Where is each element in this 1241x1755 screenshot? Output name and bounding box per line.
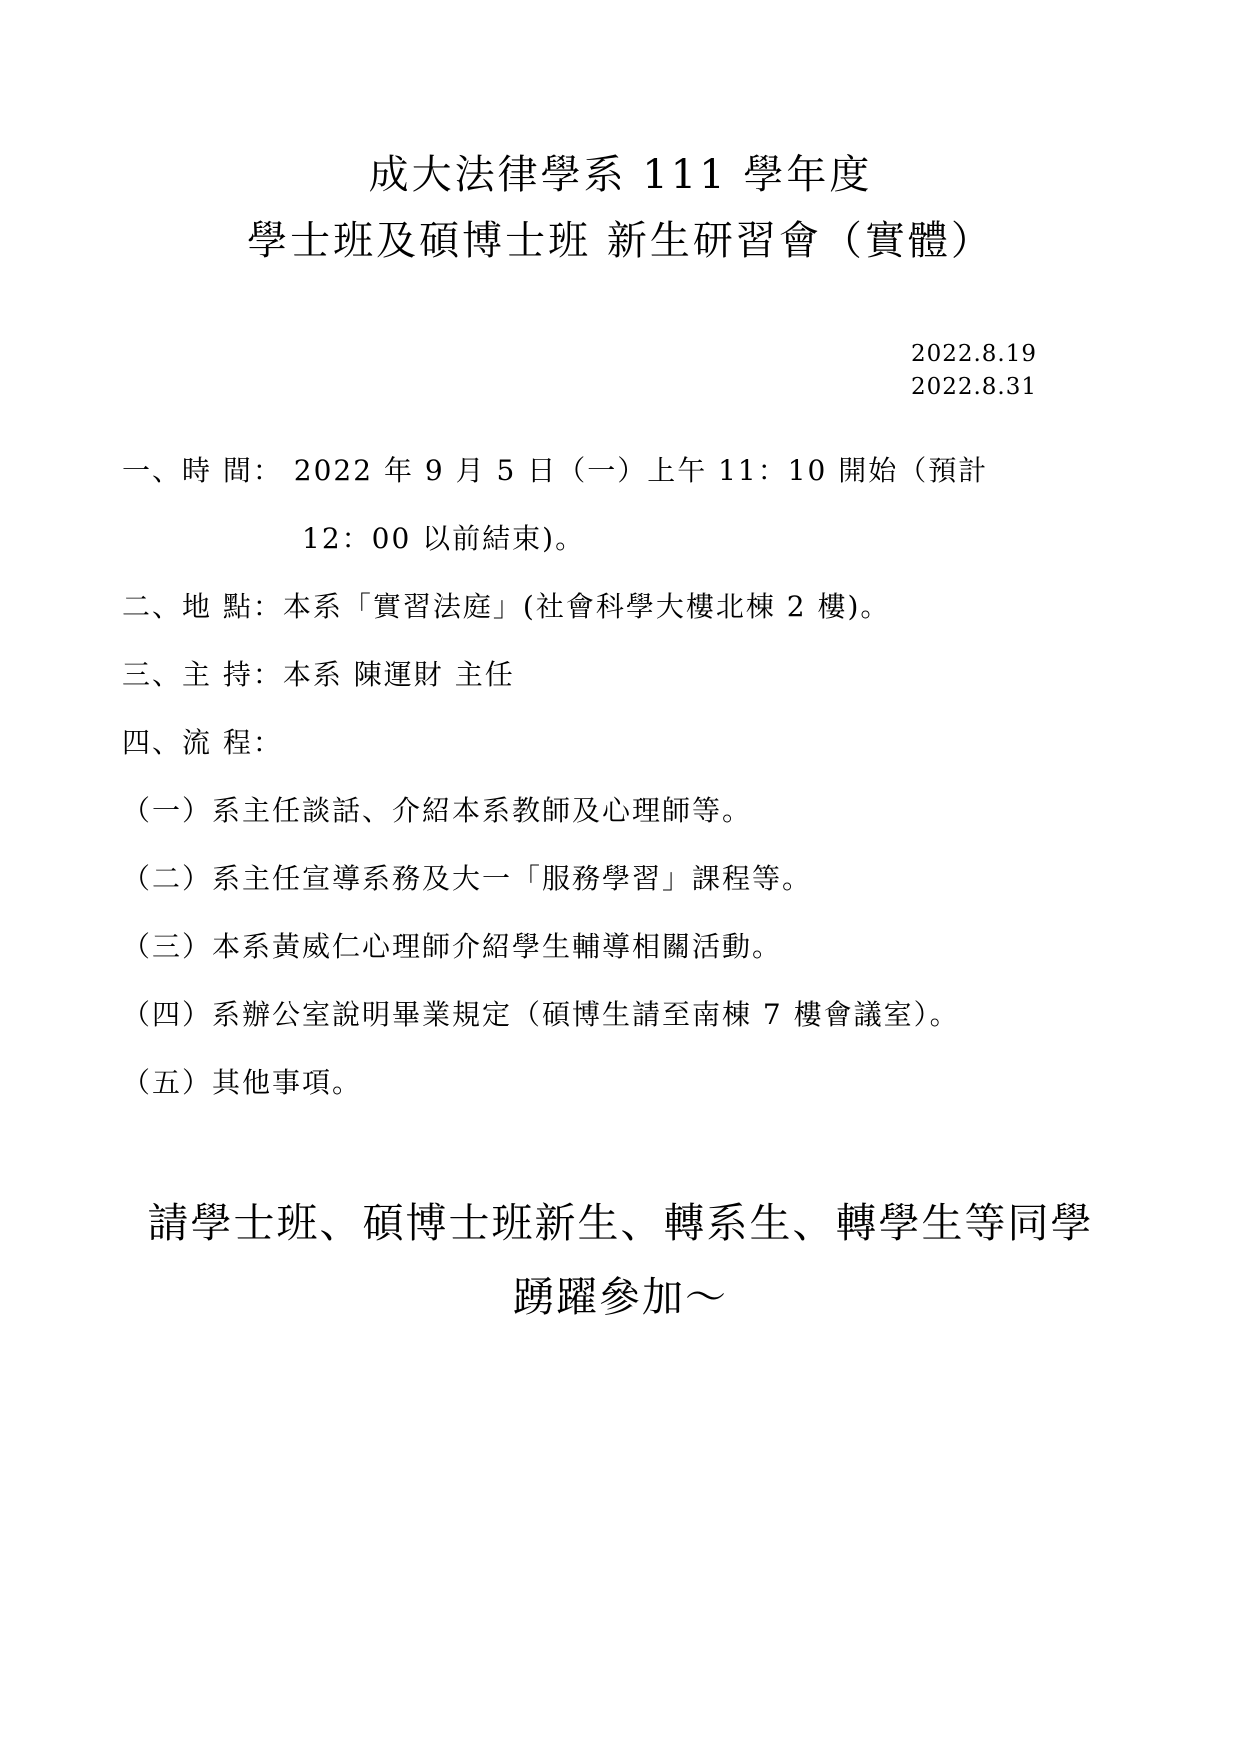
document-page: 成大法律學系 111 學年度 學士班及碩博士班 新生研習會（實體） 2022.8…: [0, 0, 1241, 1755]
body-line-agenda-header: 四、流 程：: [122, 728, 1131, 758]
body-line-agenda-item-5: （五）其他事項。: [122, 1068, 1131, 1098]
closing-line-1: 請學士班、碩博士班新生、轉系生、轉學生等同學: [0, 1186, 1241, 1260]
body-line-agenda-item-3: （三）本系黃威仁心理師介紹學生輔導相關活動。: [122, 932, 1131, 962]
body-line-agenda-item-4: （四）系辦公室說明畢業規定（碩博生請至南棟 7 樓會議室）。: [122, 1000, 1131, 1030]
revision-date-1: 2022.8.19: [0, 338, 1037, 371]
closing-message: 請學士班、碩博士班新生、轉系生、轉學生等同學 踴躍參加～: [0, 1186, 1241, 1334]
body-line-location: 二、地 點：本系「實習法庭」(社會科學大樓北棟 2 樓)。: [122, 592, 1131, 622]
document-title: 成大法律學系 111 學年度 學士班及碩博士班 新生研習會（實體）: [0, 142, 1241, 274]
title-line-2: 學士班及碩博士班 新生研習會（實體）: [0, 208, 1241, 274]
body-line-time-continued: 12：00 以前結束)。: [122, 524, 1131, 554]
closing-line-2: 踴躍參加～: [0, 1260, 1241, 1334]
body-line-host: 三、主 持：本系 陳運財 主任: [122, 660, 1131, 690]
document-body: 一、時 間： 2022 年 9 月 5 日（一）上午 11：10 開始（預計 1…: [122, 456, 1131, 1098]
revision-dates: 2022.8.19 2022.8.31: [0, 338, 1037, 404]
body-line-agenda-item-1: （一）系主任談話、介紹本系教師及心理師等。: [122, 796, 1131, 826]
body-line-agenda-item-2: （二）系主任宣導系務及大一「服務學習」課程等。: [122, 864, 1131, 894]
body-line-time: 一、時 間： 2022 年 9 月 5 日（一）上午 11：10 開始（預計: [122, 456, 1131, 486]
title-line-1: 成大法律學系 111 學年度: [0, 142, 1241, 208]
revision-date-2: 2022.8.31: [0, 371, 1037, 404]
